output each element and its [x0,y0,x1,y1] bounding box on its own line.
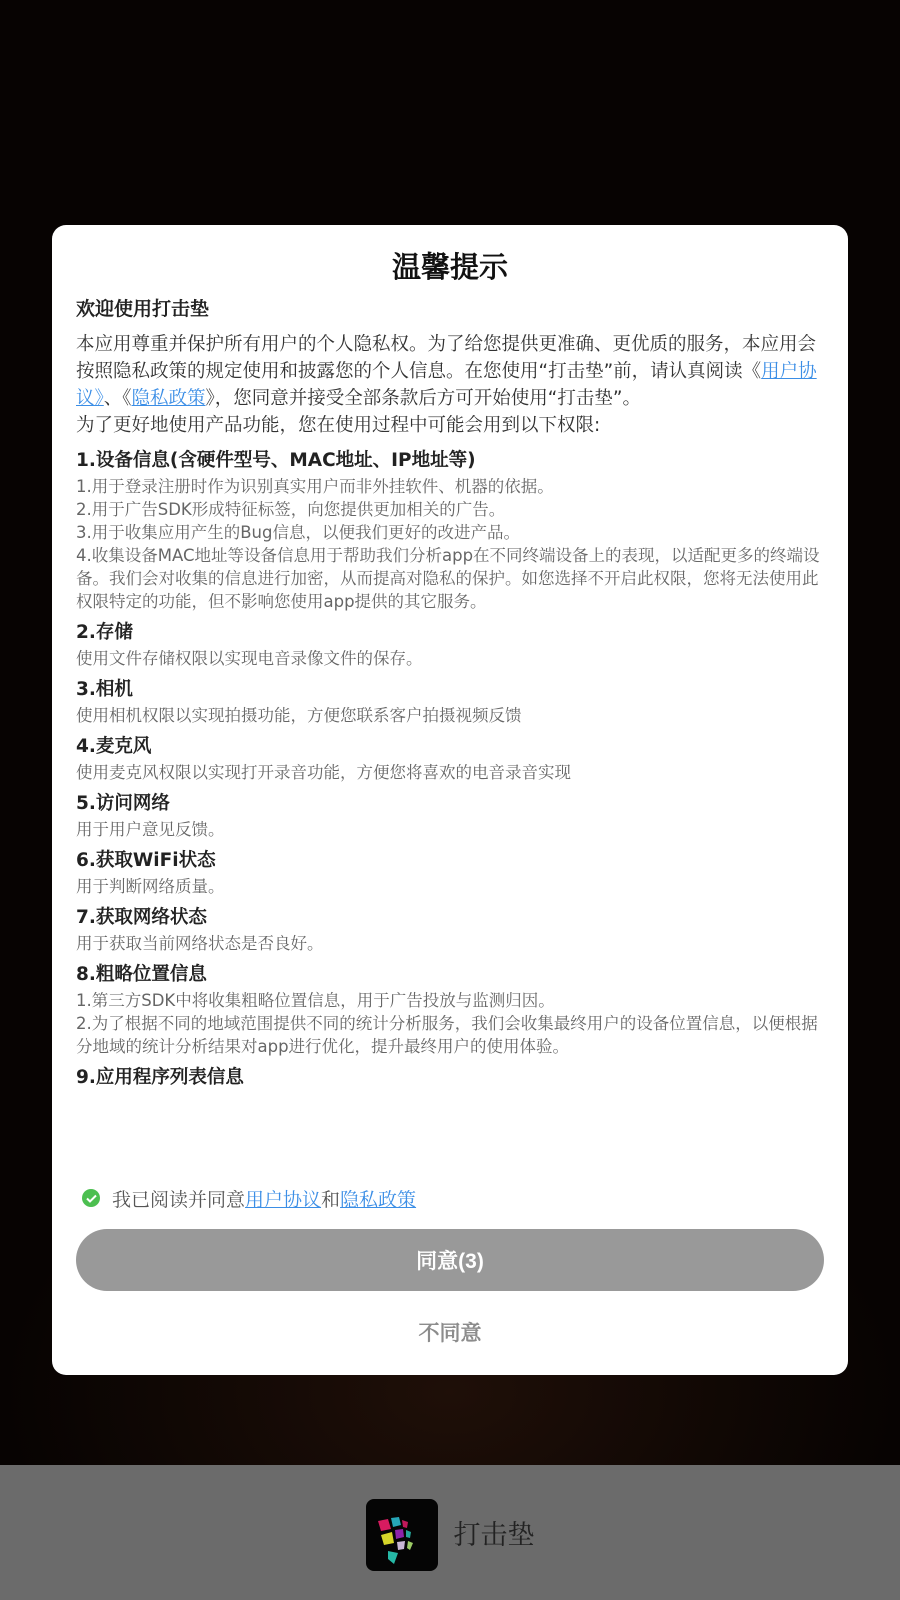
disagree-button[interactable]: 不同意 [76,1310,824,1354]
section-line: 使用相机权限以实现拍摄功能，方便您联系客户拍摄视频反馈 [76,704,824,727]
section-title: 7.获取网络状态 [76,904,824,932]
section-line: 1.用于登录注册时作为识别真实用户而非外挂软件、机器的依据。 [76,475,824,498]
section-storage: 2.存储 使用文件存储权限以实现电音录像文件的保存。 [76,619,824,670]
section-network-access: 5.访问网络 用于用户意见反馈。 [76,790,824,841]
section-microphone: 4.麦克风 使用麦克风权限以实现打开录音功能，方便您将喜欢的电音录音实现 [76,733,824,784]
agree-button[interactable]: 同意(3) [76,1229,824,1291]
section-title: 5.访问网络 [76,790,824,818]
section-title: 2.存储 [76,619,824,647]
section-line: 4.收集设备MAC地址等设备信息用于帮助我们分析app在不同终端设备上的表现，以… [76,544,824,613]
section-line: 2.为了根据不同的地域范围提供不同的统计分析服务，我们会收集最终用户的设备位置信… [76,1012,824,1058]
section-line: 用于获取当前网络状态是否良好。 [76,932,824,955]
section-line: 2.用于广告SDK形成特征标签，向您提供更加相关的广告。 [76,498,824,521]
section-title: 1.设备信息(含硬件型号、MAC地址、IP地址等) [76,447,824,475]
intro-tail: 》，您同意并接受全部条款后方可开始使用“打击垫”。 [206,388,641,409]
consent-and: 和 [321,1185,340,1212]
section-title: 4.麦克风 [76,733,824,761]
consent-privacy-policy-link[interactable]: 隐私政策 [340,1185,416,1212]
section-line: 用于用户意见反馈。 [76,818,824,841]
section-location: 8.粗略位置信息 1.第三方SDK中将收集粗略位置信息，用于广告投放与监测归因。… [76,961,824,1058]
section-device-info: 1.设备信息(含硬件型号、MAC地址、IP地址等) 1.用于登录注册时作为识别真… [76,447,824,613]
consent-row: 我已阅读并同意用户协议和隐私政策 [82,1183,416,1213]
splash-footer: 打击垫 [0,1465,900,1600]
section-wifi-state: 6.获取WiFi状态 用于判断网络质量。 [76,847,824,898]
section-title: 8.粗略位置信息 [76,961,824,989]
section-title: 3.相机 [76,676,824,704]
app-name: 打击垫 [454,1513,535,1552]
section-line: 使用文件存储权限以实现电音录像文件的保存。 [76,647,824,670]
intro-line1: 本应用尊重并保护所有用户的个人隐私权。为了给您提供更准确、更优质的服务，本应用会… [76,334,816,382]
app-logo-icon [366,1499,438,1571]
privacy-dialog: 温馨提示 欢迎使用打击垫 本应用尊重并保护所有用户的个人隐私权。为了给您提供更准… [52,225,848,1375]
welcome-heading: 欢迎使用打击垫 [76,295,824,323]
section-line: 用于判断网络质量。 [76,875,824,898]
section-app-list: 9.应用程序列表信息 [76,1064,824,1092]
section-line: 1.第三方SDK中将收集粗略位置信息，用于广告投放与监测归因。 [76,989,824,1012]
intro-separator: 、《 [104,388,132,409]
section-network-state: 7.获取网络状态 用于获取当前网络状态是否良好。 [76,904,824,955]
privacy-policy-link[interactable]: 隐私政策 [132,388,206,409]
consent-user-agreement-link[interactable]: 用户协议 [245,1185,321,1212]
section-line: 3.用于收集应用产生的Bug信息，以便我们更好的改进产品。 [76,521,824,544]
consent-prefix: 我已阅读并同意 [112,1185,245,1212]
section-camera: 3.相机 使用相机权限以实现拍摄功能，方便您联系客户拍摄视频反馈 [76,676,824,727]
section-title: 9.应用程序列表信息 [76,1064,824,1092]
intro-line2: 为了更好地使用产品功能，您在使用过程中可能会用到以下权限: [76,412,824,439]
check-circle-icon[interactable] [82,1189,100,1207]
intro-text: 本应用尊重并保护所有用户的个人隐私权。为了给您提供更准确、更优质的服务，本应用会… [76,331,824,439]
section-title: 6.获取WiFi状态 [76,847,824,875]
section-line: 使用麦克风权限以实现打开录音功能，方便您将喜欢的电音录音实现 [76,761,824,784]
dialog-title: 温馨提示 [76,247,824,287]
permission-sections: 1.设备信息(含硬件型号、MAC地址、IP地址等) 1.用于登录注册时作为识别真… [76,447,824,1092]
